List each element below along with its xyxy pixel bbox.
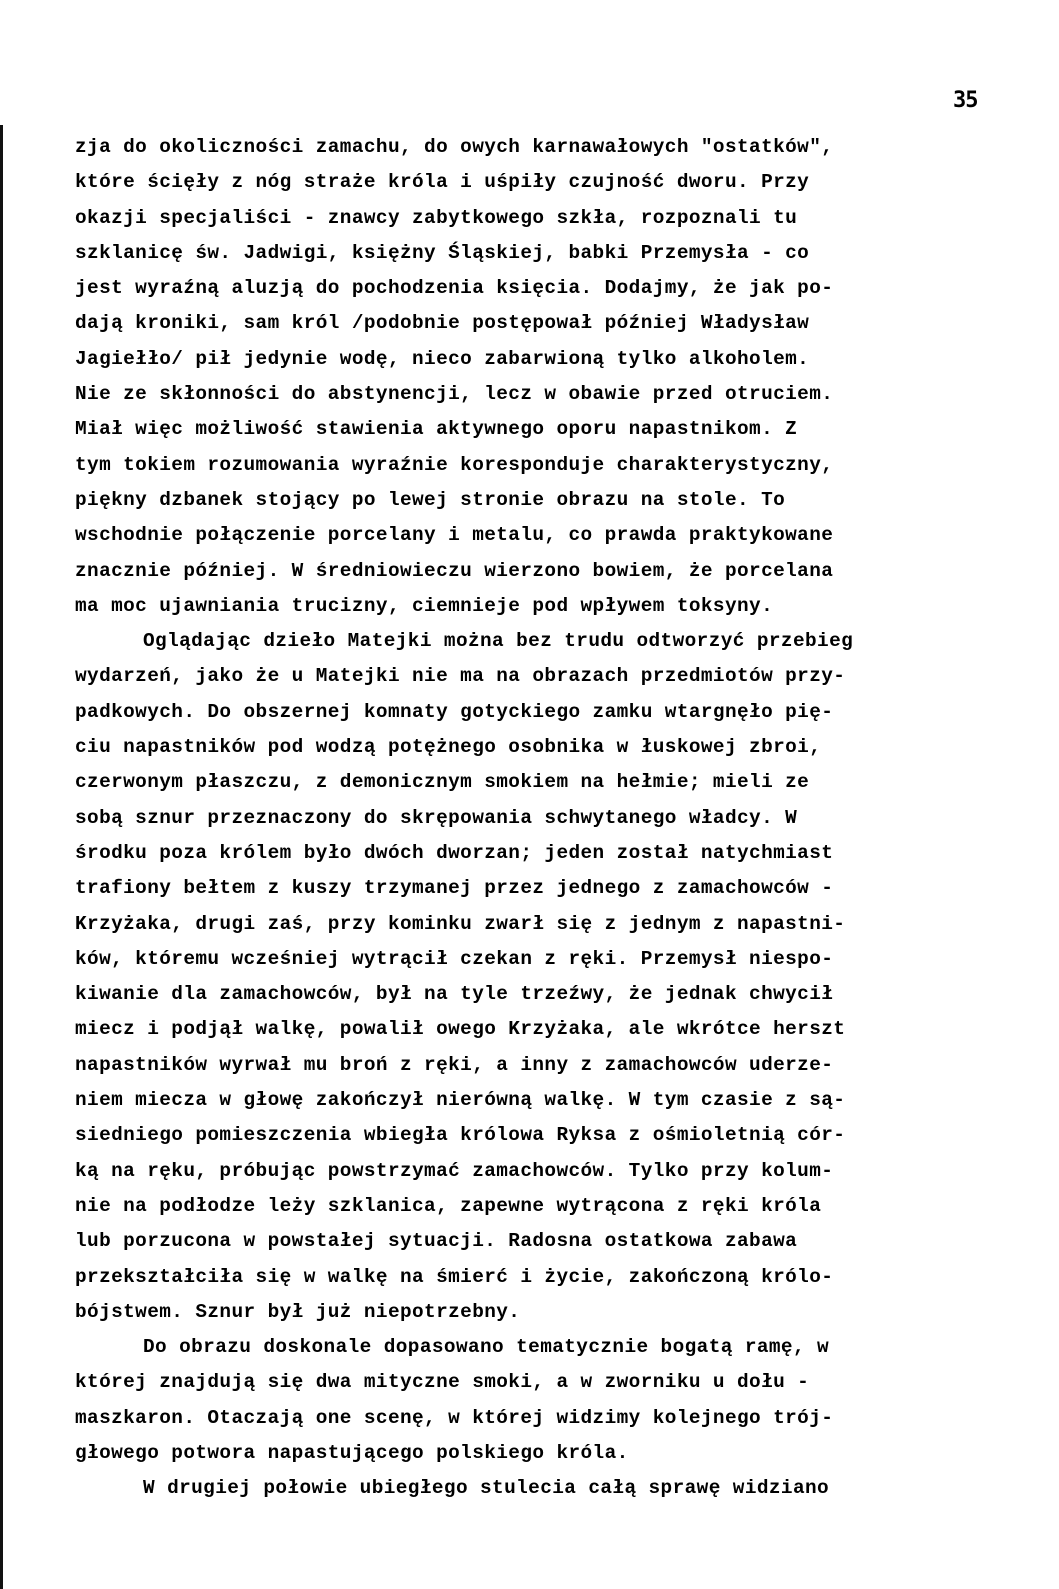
scan-edge-line — [0, 125, 3, 1589]
text-line: padkowych. Do obszernej komnaty gotyckie… — [75, 695, 985, 730]
text-line: środku poza królem było dwóch dworzan; j… — [75, 836, 985, 871]
text-line: wydarzeń, jako że u Matejki nie ma na ob… — [75, 659, 985, 694]
text-line: które ścięły z nóg straże króla i uśpiły… — [75, 165, 985, 200]
text-line: W drugiej połowie ubiegłego stulecia cał… — [75, 1471, 985, 1506]
text-line: kiwanie dla zamachowców, był na tyle trz… — [75, 977, 985, 1012]
text-line: trafiony bełtem z kuszy trzymanej przez … — [75, 871, 985, 906]
text-line: ciu napastników pod wodzą potężnego osob… — [75, 730, 985, 765]
page-number: 35 — [953, 88, 978, 113]
text-line: lub porzucona w powstałej sytuacji. Rado… — [75, 1224, 985, 1259]
text-line: Nie ze skłonności do abstynencji, lecz w… — [75, 377, 985, 412]
text-line: wschodnie połączenie porcelany i metalu,… — [75, 518, 985, 553]
text-line: ką na ręku, próbując powstrzymać zamacho… — [75, 1154, 985, 1189]
text-line: sobą sznur przeznaczony do skrępowania s… — [75, 801, 985, 836]
text-line: znacznie później. W średniowieczu wierzo… — [75, 554, 985, 589]
text-line: dają kroniki, sam król /podobnie postępo… — [75, 306, 985, 341]
text-line: zja do okoliczności zamachu, do owych ka… — [75, 130, 985, 165]
text-line: jest wyraźną aluzją do pochodzenia księc… — [75, 271, 985, 306]
text-line: piękny dzbanek stojący po lewej stronie … — [75, 483, 985, 518]
text-line: tym tokiem rozumowania wyraźnie korespon… — [75, 448, 985, 483]
text-line: niem miecza w głowę zakończył nierówną w… — [75, 1083, 985, 1118]
text-line: przekształciła się w walkę na śmierć i ż… — [75, 1260, 985, 1295]
text-line: Miał więc możliwość stawienia aktywnego … — [75, 412, 985, 447]
text-line: czerwonym płaszczu, z demonicznym smokie… — [75, 765, 985, 800]
text-line: ków, któremu wcześniej wytrącił czekan z… — [75, 942, 985, 977]
text-line: szklanicę św. Jadwigi, księżny Śląskiej,… — [75, 236, 985, 271]
text-line: okazji specjaliści - znawcy zabytkowego … — [75, 201, 985, 236]
text-line: głowego potwora napastującego polskiego … — [75, 1436, 985, 1471]
text-line: miecz i podjął walkę, powalił owego Krzy… — [75, 1012, 985, 1047]
text-line: Do obrazu doskonale dopasowano tematyczn… — [75, 1330, 985, 1365]
text-line: ma moc ujawniania trucizny, ciemnieje po… — [75, 589, 985, 624]
text-line: napastników wyrwał mu broń z ręki, a inn… — [75, 1048, 985, 1083]
text-line: maszkaron. Otaczają one scenę, w której … — [75, 1401, 985, 1436]
text-line: której znajdują się dwa mityczne smoki, … — [75, 1365, 985, 1400]
text-line: bójstwem. Sznur był już niepotrzebny. — [75, 1295, 985, 1330]
text-line: nie na podłodze leży szklanica, zapewne … — [75, 1189, 985, 1224]
text-line: Jagiełło/ pił jedynie wodę, nieco zabarw… — [75, 342, 985, 377]
text-line: siedniego pomieszczenia wbiegła królowa … — [75, 1118, 985, 1153]
text-line: Oglądając dzieło Matejki można bez trudu… — [75, 624, 985, 659]
text-line: Krzyżaka, drugi zaś, przy kominku zwarł … — [75, 907, 985, 942]
body-text: zja do okoliczności zamachu, do owych ka… — [75, 130, 985, 1507]
